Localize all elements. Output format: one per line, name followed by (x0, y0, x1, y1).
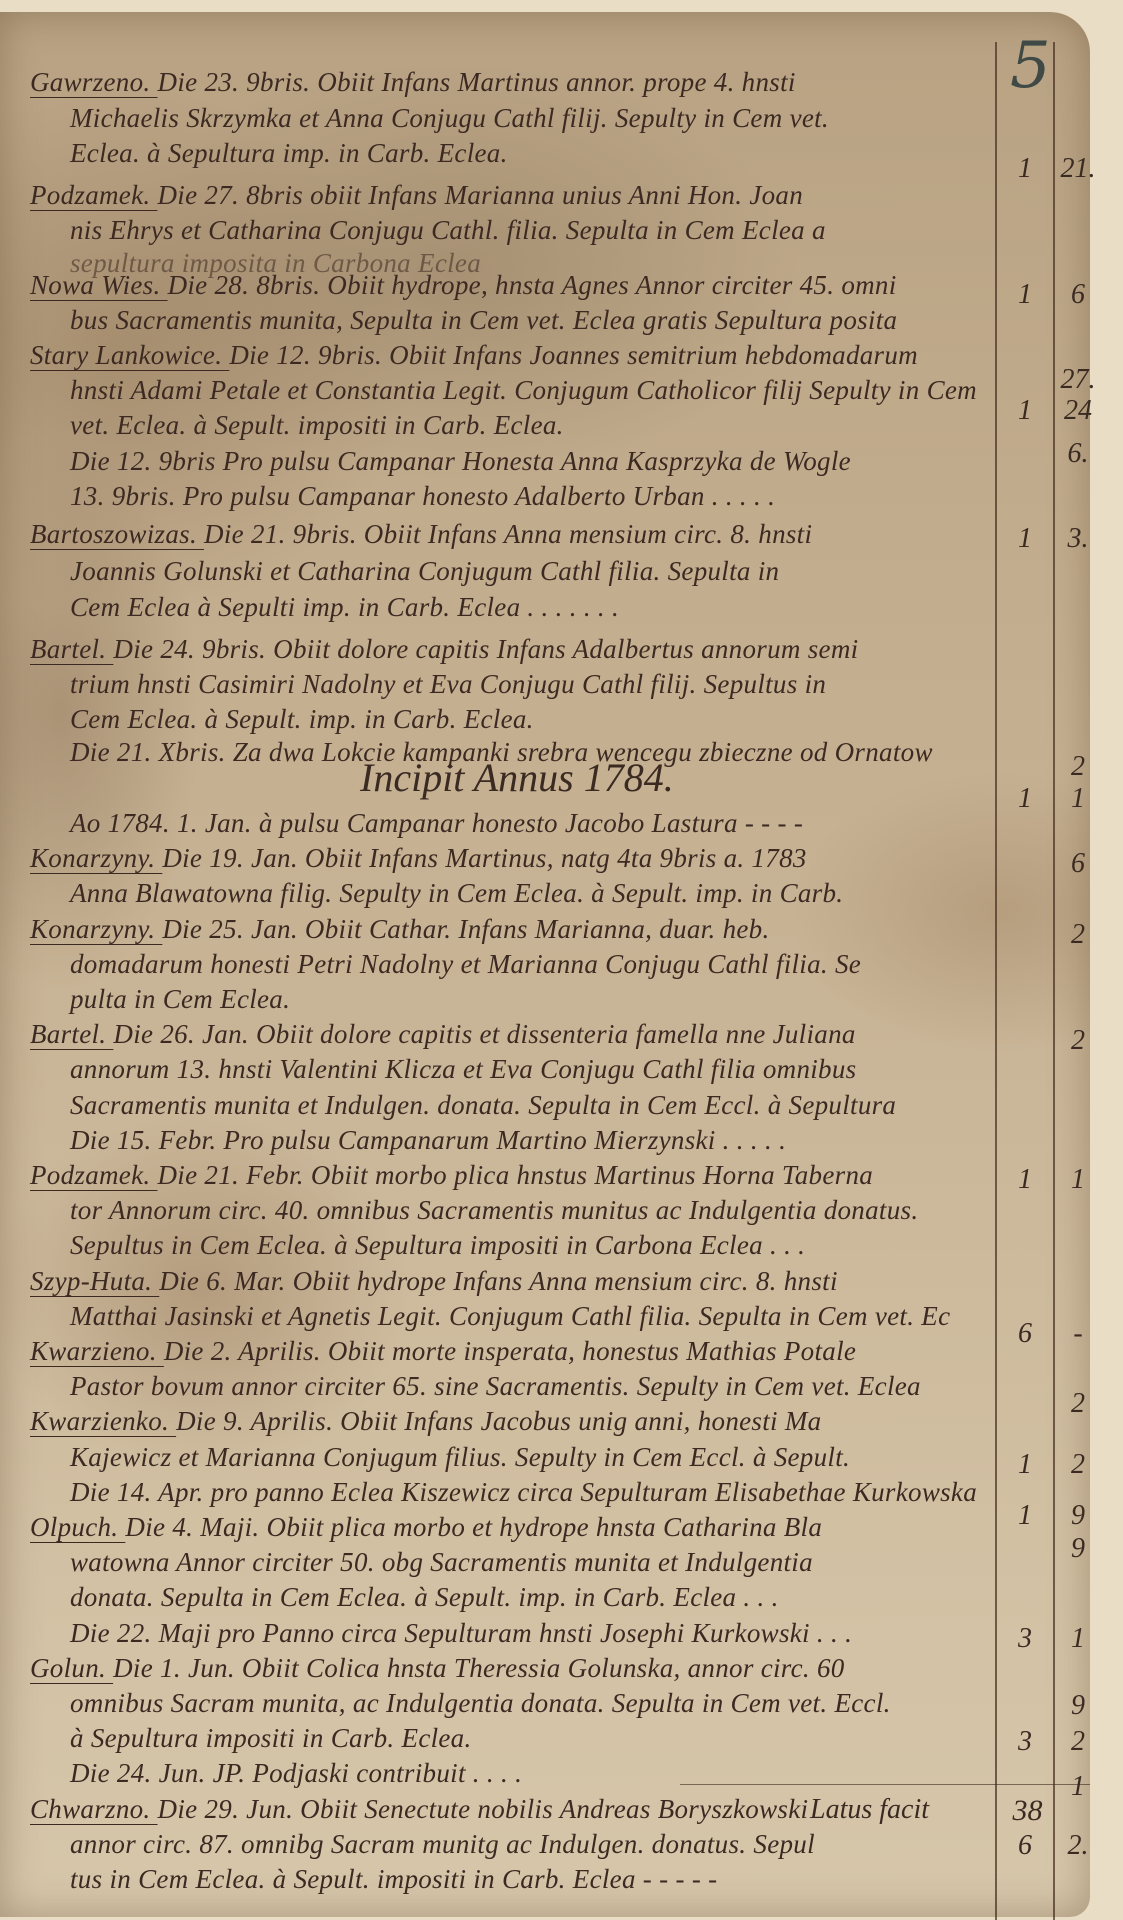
amount-column-b: 2 (1058, 1390, 1098, 1418)
register-line: Cem Eclea à Sepulti imp. in Carb. Eclea … (70, 594, 619, 621)
entry-text: Matthai Jasinski et Agnetis Legit. Conju… (70, 1301, 950, 1331)
register-line: Ao 1784. 1. Jan. à pulsu Campanar honest… (70, 810, 803, 837)
register-line: annorum 13. hnsti Valentini Klicza et Ev… (70, 1056, 856, 1083)
amount-column-b: 2 (1058, 1027, 1098, 1055)
register-line: bus Sacramentis munita, Sepulta in Cem v… (70, 307, 897, 334)
amount-column-a: 1 (1000, 1451, 1050, 1479)
entry-text: Die 15. Febr. Pro pulsu Campanarum Marti… (70, 1125, 786, 1155)
register-line: Pastor bovum annor circiter 65. sine Sac… (70, 1373, 921, 1400)
register-line: Bartoszowizas. Die 21. 9bris. Obiit Infa… (30, 521, 812, 548)
amount-column-b: 21. (1058, 155, 1098, 183)
amount-column-b: 6 (1058, 281, 1098, 309)
entry-text: Die 12. 9bris Pro pulsu Campanar Honesta… (70, 446, 851, 476)
entry-text: Die 9. Aprilis. Obiit Infans Jacobus uni… (176, 1406, 821, 1436)
amount-column-a: 1 (1000, 525, 1050, 553)
entry-text: annorum 13. hnsti Valentini Klicza et Ev… (70, 1054, 856, 1084)
amount-column-a: 6 (1000, 1832, 1050, 1860)
place-name: Podzamek. (30, 1160, 157, 1190)
place-name: Nowa Wies. (30, 270, 168, 300)
amount-column-b: 2 (1058, 1728, 1098, 1756)
place-name: Kwarzienko. (30, 1406, 176, 1436)
register-line: Stary Lankowice. Die 12. 9bris. Obiit In… (30, 342, 918, 369)
amount-column-b: 1 (1058, 1773, 1098, 1801)
amount-column-a: 6 (1000, 1320, 1050, 1348)
place-name: Bartel. (30, 1019, 113, 1049)
entry-text: Die 22. Maji pro Panno circa Sepulturam … (70, 1618, 852, 1648)
entry-text: Die 19. Jan. Obiit Infans Martinus, natg… (162, 843, 806, 873)
register-line: Podzamek. Die 21. Febr. Obiit morbo plic… (30, 1162, 873, 1189)
register-line: Szyp-Huta. Die 6. Mar. Obiit hydrope Inf… (30, 1268, 838, 1295)
place-name: Kwarzieno. (30, 1336, 164, 1366)
register-line: Nowa Wies. Die 28. 8bris. Obiit hydrope,… (30, 272, 897, 299)
manuscript-page: 5 Gawrzeno. Die 23. 9bris. Obiit Infans … (0, 12, 1090, 1917)
entry-text: hnsti Adami Petale et Constantia Legit. … (70, 375, 977, 405)
total-label: Latus facit (810, 1794, 929, 1826)
register-line: Kwarzienko. Die 9. Aprilis. Obiit Infans… (30, 1408, 821, 1435)
register-line: Sacramentis munita et Indulgen. donata. … (70, 1092, 896, 1119)
register-line: nis Ehrys et Catharina Conjugu Cathl. fi… (70, 217, 826, 244)
amount-column-b: 24 (1058, 397, 1098, 425)
register-line: Anna Blawatowna filig. Sepulty in Cem Ec… (70, 880, 843, 907)
place-name: Stary Lankowice. (30, 340, 229, 370)
register-line: Sepultus in Cem Eclea. à Sepultura impos… (70, 1232, 805, 1259)
place-name: Szyp-Huta. (30, 1266, 159, 1296)
entry-text: Pastor bovum annor circiter 65. sine Sac… (70, 1371, 921, 1401)
entry-text: pulta in Cem Eclea. (70, 984, 290, 1014)
entry-text: bus Sacramentis munita, Sepulta in Cem v… (70, 305, 897, 335)
amount-column-a: 1 (1000, 1502, 1050, 1530)
register-line: Die 14. Apr. pro panno Eclea Kiszewicz c… (70, 1479, 977, 1506)
entry-text: Die 1. Jun. Obiit Colica hnsta Theressia… (113, 1653, 844, 1683)
entry-text: trium hnsti Casimiri Nadolny et Eva Conj… (70, 669, 826, 699)
register-line: Eclea. à Sepultura imp. in Carb. Eclea. (70, 140, 508, 167)
amount-column-b: 1 (1058, 1625, 1098, 1653)
place-name: Chwarzno. (30, 1794, 158, 1824)
register-line: Gawrzeno. Die 23. 9bris. Obiit Infans Ma… (30, 69, 796, 96)
entry-text: Die 6. Mar. Obiit hydrope Infans Anna me… (159, 1266, 837, 1296)
amount-column-a: 1 (1000, 785, 1050, 813)
register-line: Die 12. 9bris Pro pulsu Campanar Honesta… (70, 448, 851, 475)
amount-column-a: 3 (1000, 1625, 1050, 1653)
register-line: hnsti Adami Petale et Constantia Legit. … (70, 377, 977, 404)
amount-column-a: 1 (1000, 397, 1050, 425)
amount-column-b: 2 (1058, 921, 1098, 949)
entry-text: tus in Cem Eclea. à Sepult. impositi in … (70, 1864, 717, 1894)
entry-text: omnibus Sacram munita, ac Indulgentia do… (70, 1688, 891, 1718)
register-line: omnibus Sacram munita, ac Indulgentia do… (70, 1690, 891, 1717)
register-line: Kwarzieno. Die 2. Aprilis. Obiit morte i… (30, 1338, 856, 1365)
register-line: Matthai Jasinski et Agnetis Legit. Conju… (70, 1303, 950, 1330)
entry-text: Die 24. 9bris. Obiit dolore capitis Infa… (113, 634, 858, 664)
total-value: 38 (1000, 1794, 1055, 1828)
entry-text: Sacramentis munita et Indulgen. donata. … (70, 1090, 896, 1120)
amount-column-b: - (1058, 1320, 1098, 1348)
total-rule (680, 1784, 1090, 1785)
amount-column-b: 27. (1058, 366, 1098, 394)
register-line: domadarum honesti Petri Nadolny et Maria… (70, 951, 861, 978)
entry-text: Cem Eclea à Sepulti imp. in Carb. Eclea … (70, 592, 619, 622)
entry-text: Die 4. Maji. Obiit plica morbo et hydrop… (125, 1512, 822, 1542)
register-line: trium hnsti Casimiri Nadolny et Eva Conj… (70, 671, 826, 698)
entry-text: Die 21. 9bris. Obiit Infans Anna mensium… (204, 519, 812, 549)
entry-text: Die 29. Jun. Obiit Senectute nobilis And… (158, 1794, 809, 1824)
register-line: Bartel. Die 26. Jan. Obiit dolore capiti… (30, 1021, 856, 1048)
register-line: Die 15. Febr. Pro pulsu Campanarum Marti… (70, 1127, 786, 1154)
place-name: Bartoszowizas. (30, 519, 204, 549)
entry-text: Die 27. 8bris obiit Infans Marianna uniu… (157, 180, 803, 210)
register-line: Golun. Die 1. Jun. Obiit Colica hnsta Th… (30, 1655, 845, 1682)
entry-text: Die 28. 8bris. Obiit hydrope, hnsta Agne… (168, 270, 897, 300)
place-name: Golun. (30, 1653, 113, 1683)
place-name: Konarzyny. (30, 914, 162, 944)
entry-text: watowna Annor circiter 50. obg Sacrament… (70, 1547, 813, 1577)
entry-text: Cem Eclea. à Sepult. imp. in Carb. Eclea… (70, 704, 534, 734)
place-name: Konarzyny. (30, 843, 162, 873)
entry-text: Die 24. Jun. JP. Podjaski contribuit . .… (70, 1758, 522, 1788)
register-line: Konarzyny. Die 19. Jan. Obiit Infans Mar… (30, 845, 807, 872)
entry-text: nis Ehrys et Catharina Conjugu Cathl. fi… (70, 215, 826, 245)
register-line: Olpuch. Die 4. Maji. Obiit plica morbo e… (30, 1514, 822, 1541)
column-rule-right (1053, 42, 1055, 1920)
amount-column-b: 2. (1058, 1832, 1098, 1860)
register-line: tus in Cem Eclea. à Sepult. impositi in … (70, 1866, 717, 1893)
amount-column-a: 1 (1000, 1166, 1050, 1194)
entry-text: Eclea. à Sepultura imp. in Carb. Eclea. (70, 138, 508, 168)
entry-text: donata. Sepulta in Cem Eclea. à Sepult. … (70, 1582, 779, 1612)
register-line: Joannis Golunski et Catharina Conjugum C… (70, 558, 779, 585)
amount-column-b: 9 (1058, 1502, 1098, 1530)
amount-column-b: 9 (1058, 1535, 1098, 1563)
register-line: vet. Eclea. à Sepult. impositi in Carb. … (70, 412, 564, 439)
entry-text: Anna Blawatowna filig. Sepulty in Cem Ec… (70, 878, 843, 908)
register-line: Podzamek. Die 27. 8bris obiit Infans Mar… (30, 182, 803, 209)
register-line: annor circ. 87. omnibg Sacram munitg ac … (70, 1831, 815, 1858)
register-line: Die 24. Jun. JP. Podjaski contribuit . .… (70, 1760, 522, 1787)
register-line: Die 22. Maji pro Panno circa Sepulturam … (70, 1620, 852, 1647)
entry-text: Die 23. 9bris. Obiit Infans Martinus ann… (158, 67, 796, 97)
column-rule-left (995, 42, 997, 1920)
entry-text: Die 2. Aprilis. Obiit morte insperata, h… (164, 1336, 856, 1366)
entry-text: Die 12. 9bris. Obiit Infans Joannes semi… (229, 340, 918, 370)
entry-text: domadarum honesti Petri Nadolny et Maria… (70, 949, 861, 979)
entry-text: Die 14. Apr. pro panno Eclea Kiszewicz c… (70, 1477, 977, 1507)
entry-text: Kajewicz et Marianna Conjugum filius. Se… (70, 1442, 850, 1472)
entry-text: Die 26. Jan. Obiit dolore capitis et dis… (113, 1019, 855, 1049)
place-name: Gawrzeno. (30, 67, 158, 97)
page-number: 5 (1010, 34, 1051, 98)
register-line: Cem Eclea. à Sepult. imp. in Carb. Eclea… (70, 706, 534, 733)
entry-text: tor Annorum circ. 40. omnibus Sacramenti… (70, 1195, 918, 1225)
entry-text: Die 21. Febr. Obiit morbo plica hnstus M… (157, 1160, 873, 1190)
register-line: Konarzyny. Die 25. Jan. Obiit Cathar. In… (30, 916, 770, 943)
amount-column-a: 1 (1000, 281, 1050, 309)
amount-column-b: 2 (1058, 1451, 1098, 1479)
entry-text: Michaelis Skrzymka et Anna Conjugu Cathl… (70, 103, 829, 133)
entry-text: Sepultus in Cem Eclea. à Sepultura impos… (70, 1230, 805, 1260)
register-line: Chwarzno. Die 29. Jun. Obiit Senectute n… (30, 1796, 808, 1823)
entry-text: Ao 1784. 1. Jan. à pulsu Campanar honest… (70, 808, 803, 838)
entry-text: vet. Eclea. à Sepult. impositi in Carb. … (70, 410, 564, 440)
place-name: Podzamek. (30, 180, 157, 210)
entry-text: annor circ. 87. omnibg Sacram munitg ac … (70, 1829, 815, 1859)
amount-column-b: 1 (1058, 785, 1098, 813)
amount-column-a: 3 (1000, 1728, 1050, 1756)
amount-column-b: 6 (1058, 850, 1098, 878)
register-line: 13. 9bris. Pro pulsu Campanar honesto Ad… (70, 483, 775, 510)
register-line: Bartel. Die 24. 9bris. Obiit dolore capi… (30, 636, 858, 663)
amount-column-b: 2 (1058, 753, 1098, 781)
entry-text: Die 25. Jan. Obiit Cathar. Infans Marian… (162, 914, 769, 944)
entry-text: Joannis Golunski et Catharina Conjugum C… (70, 556, 779, 586)
place-name: Bartel. (30, 634, 113, 664)
new-year-heading: Incipit Annus 1784. (360, 754, 674, 801)
amount-column-b: 3. (1058, 525, 1098, 553)
entry-text: à Sepultura impositi in Carb. Eclea. (70, 1723, 472, 1753)
register-line: à Sepultura impositi in Carb. Eclea. (70, 1725, 472, 1752)
register-line: pulta in Cem Eclea. (70, 986, 290, 1013)
amount-column-b: 1 (1058, 1166, 1098, 1194)
amount-column-b: 6. (1058, 440, 1098, 468)
register-line: watowna Annor circiter 50. obg Sacrament… (70, 1549, 813, 1576)
place-name: Olpuch. (30, 1512, 125, 1542)
register-line: donata. Sepulta in Cem Eclea. à Sepult. … (70, 1584, 779, 1611)
entry-text: 13. 9bris. Pro pulsu Campanar honesto Ad… (70, 481, 775, 511)
register-line: Michaelis Skrzymka et Anna Conjugu Cathl… (70, 105, 829, 132)
register-line: tor Annorum circ. 40. omnibus Sacramenti… (70, 1197, 918, 1224)
amount-column-a: 1 (1000, 155, 1050, 183)
amount-column-b: 9 (1058, 1692, 1098, 1720)
register-line: Kajewicz et Marianna Conjugum filius. Se… (70, 1444, 850, 1471)
